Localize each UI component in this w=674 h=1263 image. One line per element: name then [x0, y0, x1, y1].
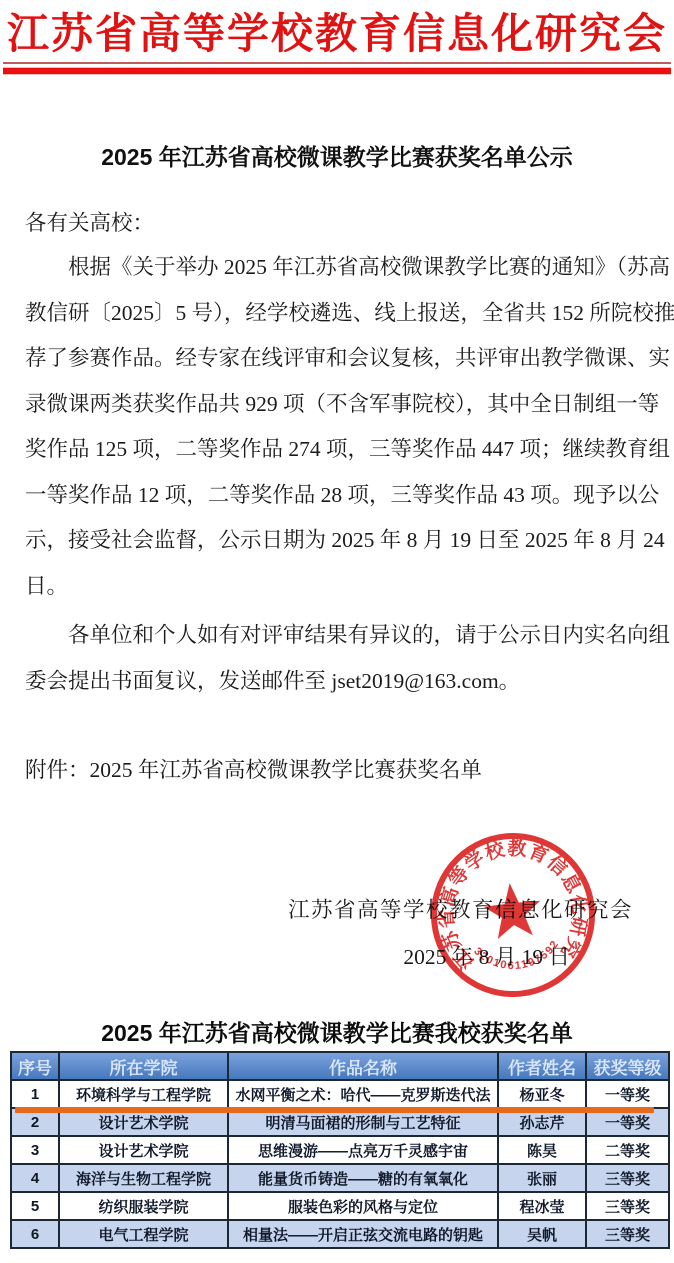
paragraph-line: 奖作品 125 项，二等奖作品 274 项，三等奖作品 447 项；继续教育组 — [25, 427, 650, 473]
cell-author: 陈昊 — [498, 1136, 586, 1164]
attachment-note: 附件：2025 年江苏省高校微课教学比赛获奖名单 — [25, 756, 482, 784]
paragraph-line: 委会提出书面复议，发送邮件至 jset2019@163.com。 — [25, 659, 650, 705]
col-header-index: 序号 — [11, 1052, 59, 1080]
paragraph-1: 根据《关于举办 2025 年江苏省高校微课教学比赛的通知》（苏高 教信研〔202… — [25, 245, 650, 609]
notice-title: 2025 年江苏省高校微课教学比赛获奖名单公示 — [0, 142, 674, 172]
cell-college: 纺织服装学院 — [59, 1192, 228, 1220]
official-seal: 江苏省高等学校教育信息化研究会 3201061197592 — [418, 820, 607, 1009]
table-row: 1 环境科学与工程学院 水网平衡之术：哈代——克罗斯迭代法 杨亚冬 一等奖 — [11, 1080, 669, 1108]
cell-index: 6 — [11, 1220, 59, 1248]
cell-work-title: 服装色彩的风格与定位 — [228, 1192, 498, 1220]
awards-table: 序号 所在学院 作品名称 作者姓名 获奖等级 1 环境科学与工程学院 水网平衡之… — [10, 1051, 670, 1249]
paragraph-2: 各单位和个人如有对评审结果有异议的，请于公示日内实名向组 委会提出书面复议，发送… — [25, 613, 650, 704]
cell-index: 1 — [11, 1080, 59, 1108]
table-row: 6 电气工程学院 相量法——开启正弦交流电路的钥匙 吴帆 三等奖 — [11, 1220, 669, 1248]
cell-award-level: 三等奖 — [586, 1192, 669, 1220]
col-header-award-level: 获奖等级 — [586, 1052, 669, 1080]
cell-award-level: 三等奖 — [586, 1220, 669, 1248]
cell-author: 杨亚冬 — [498, 1080, 586, 1108]
cell-work-title: 思维漫游——点亮万千灵感宇宙 — [228, 1136, 498, 1164]
paragraph-line: 各单位和个人如有对评审结果有异议的，请于公示日内实名向组 — [25, 613, 650, 659]
table-row: 5 纺织服装学院 服装色彩的风格与定位 程冰莹 三等奖 — [11, 1192, 669, 1220]
table-row: 4 海洋与生物工程学院 能量货币铸造——糖的有氧氧化 张丽 三等奖 — [11, 1164, 669, 1192]
org-banner-title: 江苏省高等学校教育信息化研究会 — [0, 9, 674, 59]
awards-table-title: 2025 年江苏省高校微课教学比赛我校获奖名单 — [0, 1019, 674, 1048]
cell-author: 程冰莹 — [498, 1192, 586, 1220]
cell-work-title: 能量货币铸造——糖的有氧氧化 — [228, 1164, 498, 1192]
table-header-row: 序号 所在学院 作品名称 作者姓名 获奖等级 — [11, 1052, 669, 1080]
seal-number: 3201061197592 — [470, 937, 564, 977]
paragraph-line: 示，接受社会监督，公示日期为 2025 年 8 月 19 日至 2025 年 8… — [25, 518, 650, 564]
cell-college: 设计艺术学院 — [59, 1136, 228, 1164]
paragraph-line: 日。 — [25, 564, 650, 610]
cell-index: 4 — [11, 1164, 59, 1192]
cell-college: 环境科学与工程学院 — [59, 1080, 228, 1108]
cell-award-level: 一等奖 — [586, 1080, 669, 1108]
salutation: 各有关高校： — [25, 209, 154, 237]
cell-college: 海洋与生物工程学院 — [59, 1164, 228, 1192]
paragraph-line: 荐了参赛作品。经专家在线评审和会议复核，共评审出教学微课、实 — [25, 336, 650, 382]
banner-divider — [3, 62, 671, 75]
cell-award-level: 三等奖 — [586, 1164, 669, 1192]
paragraph-line: 一等奖作品 12 项，二等奖作品 28 项，三等奖作品 43 项。现予以公 — [25, 473, 650, 519]
row1-highlight-underline — [15, 1107, 654, 1113]
cell-author: 张丽 — [498, 1164, 586, 1192]
announcement-page: 江苏省高等学校教育信息化研究会 2025 年江苏省高校微课教学比赛获奖名单公示 … — [0, 0, 674, 1263]
table-row: 3 设计艺术学院 思维漫游——点亮万千灵感宇宙 陈昊 二等奖 — [11, 1136, 669, 1164]
seal-star-icon — [481, 880, 543, 940]
cell-index: 3 — [11, 1136, 59, 1164]
cell-index: 5 — [11, 1192, 59, 1220]
seal-graphic: 江苏省高等学校教育信息化研究会 3201061197592 — [418, 820, 607, 1009]
paragraph-line: 根据《关于举办 2025 年江苏省高校微课教学比赛的通知》（苏高 — [25, 245, 650, 291]
divider-thick-line — [3, 67, 671, 75]
col-header-college: 所在学院 — [59, 1052, 228, 1080]
paragraph-line: 教信研〔2025〕5 号），经学校遴选、线上报送，全省共 152 所院校推 — [25, 291, 650, 337]
cell-author: 吴帆 — [498, 1220, 586, 1248]
cell-work-title: 水网平衡之术：哈代——克罗斯迭代法 — [228, 1080, 498, 1108]
cell-award-level: 二等奖 — [586, 1136, 669, 1164]
col-header-work-title: 作品名称 — [228, 1052, 498, 1080]
col-header-author: 作者姓名 — [498, 1052, 586, 1080]
paragraph-line: 录微课两类获奖作品共 929 项（不含军事院校），其中全日制组一等 — [25, 382, 650, 428]
cell-college: 电气工程学院 — [59, 1220, 228, 1248]
cell-work-title: 相量法——开启正弦交流电路的钥匙 — [228, 1220, 498, 1248]
